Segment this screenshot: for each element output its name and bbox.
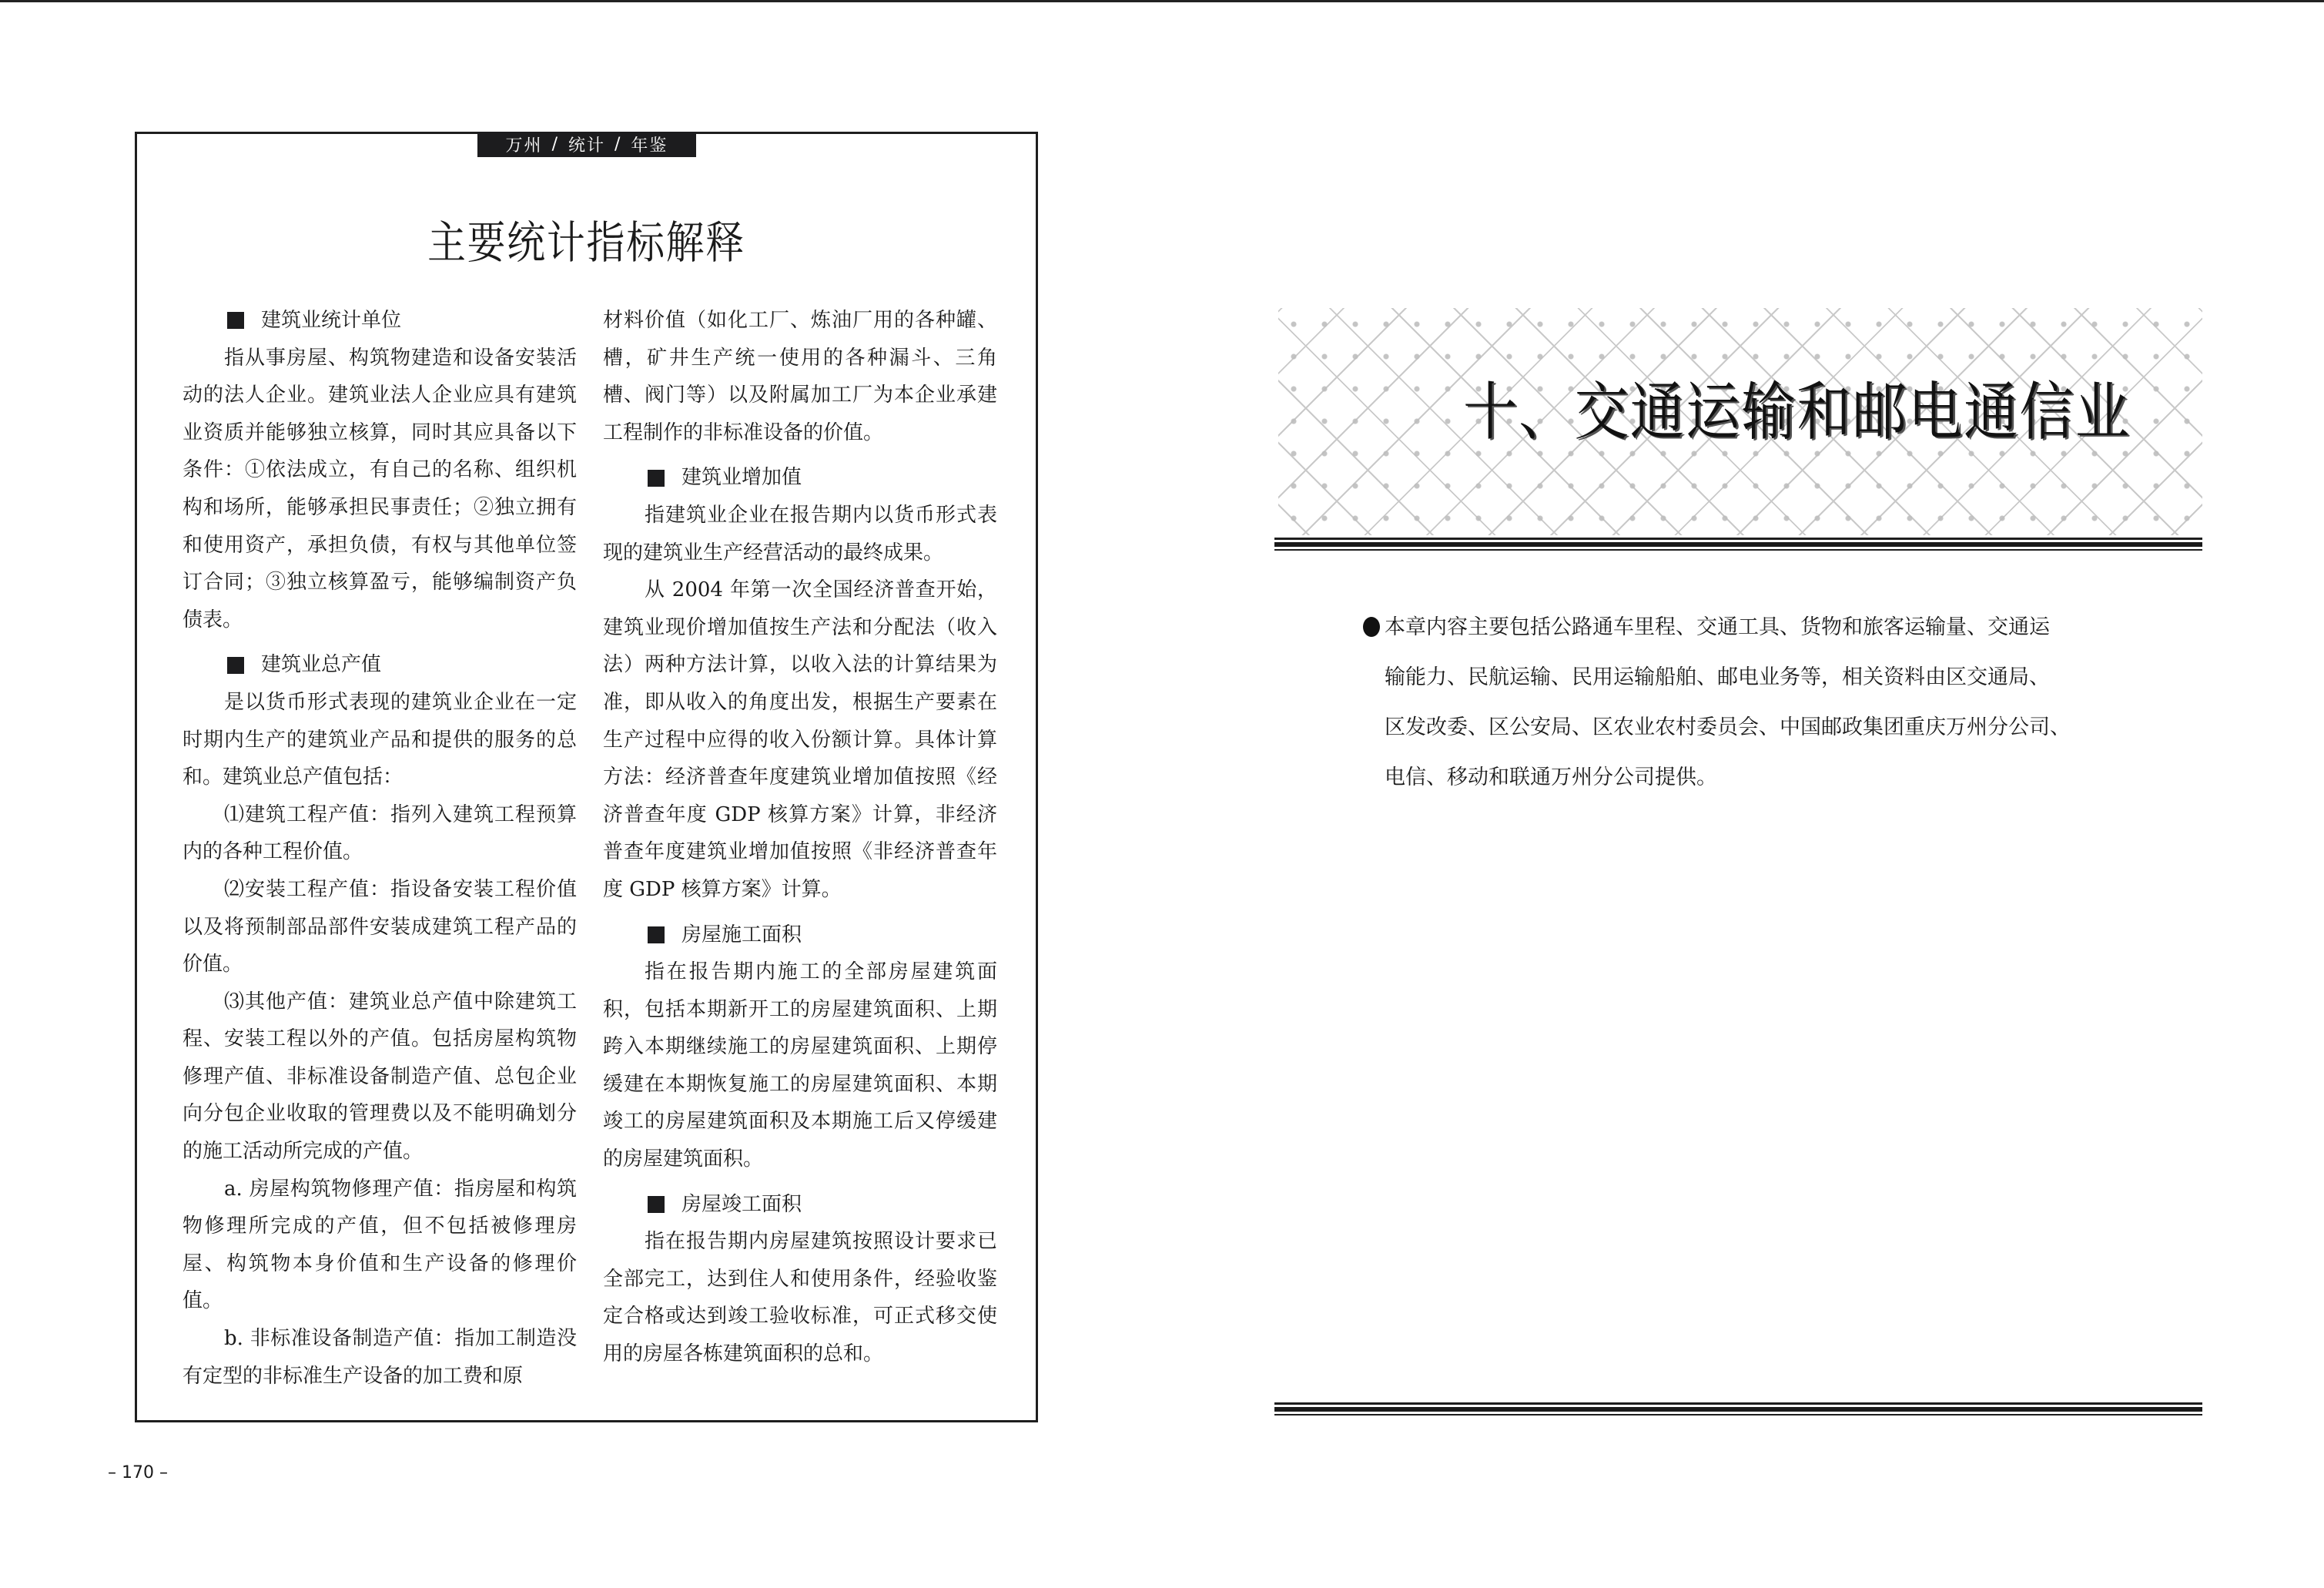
section-heading: 建筑业增加值 [603,459,997,497]
paragraph: a. 房屋构筑物修理产值：指房屋和构筑物修理所完成的产值，但不包括被修理房屋、构… [183,1171,577,1320]
square-bullet-icon [648,926,665,943]
intro-line: 输能力、民航运输、民用运输船舶、邮电业务等，相关资料由区交通局、 [1363,652,2133,702]
square-bullet-icon [227,312,244,329]
paragraph: 是以货币形式表现的建筑业企业在一定时期内生产的建筑业产品和提供的服务的总和。建筑… [183,684,577,796]
round-bullet-icon [1363,617,1380,637]
paragraph: b. 非标准设备制造产值：指加工制造没有定型的非标准生产设备的加工费和原 [183,1320,577,1395]
heading-text: 建筑业增加值 [681,459,802,497]
paragraph: ⑴建筑工程产值：指列入建筑工程预算内的各种工程价值。 [183,796,577,871]
tag-separator: / [614,135,621,154]
paragraph: ⑶其他产值：建筑业总产值中除建筑工程、安装工程以外的产值。包括房屋构筑物修理产值… [183,983,577,1171]
intro-line: 电信、移动和联通万州分公司提供。 [1363,752,2133,802]
header-divider-rule [1274,538,2202,551]
right-column: 材料价值（如化工厂、炼油厂用的各种罐、槽，矿井生产统一使用的各种漏斗、三角槽、阀… [603,302,997,1373]
heading-text: 建筑业总产值 [261,646,381,684]
footer-divider-rule [1274,1402,2202,1415]
paragraph: 指在报告期内房屋建筑按照设计要求已全部完工，达到住人和使用条件，经验收鉴定合格或… [603,1223,997,1372]
tag-part-statistics: 统计 [568,132,605,156]
heading-text: 房屋竣工面积 [681,1186,802,1224]
section-heading: 房屋施工面积 [603,916,997,954]
section-heading: 房屋竣工面积 [603,1186,997,1224]
chapter-title: 十、交通运输和邮电通信业 [1463,362,2059,452]
left-column: 建筑业统计单位 指从事房屋、构筑物建造和设备安装活动的法人企业。建筑业法人企业应… [183,302,577,1395]
chapter-intro: 本章内容主要包括公路通车里程、交通工具、货物和旅客运输量、交通运 输能力、民航运… [1363,602,2133,802]
heading-text: 房屋施工面积 [681,916,802,954]
page-number: – 170 – [108,1463,168,1482]
paragraph: 指建筑业企业在报告期内以货币形式表现的建筑业生产经营活动的最终成果。 [603,497,997,571]
top-border-line [0,0,2324,2]
paragraph: 材料价值（如化工厂、炼油厂用的各种罐、槽，矿井生产统一使用的各种漏斗、三角槽、阀… [603,302,997,451]
tag-part-yearbook: 年鉴 [631,132,668,156]
intro-text: 本章内容主要包括公路通车里程、交通工具、货物和旅客运输量、交通运 [1385,615,2050,639]
tag-part-city: 万州 [506,132,543,156]
intro-line: 本章内容主要包括公路通车里程、交通工具、货物和旅客运输量、交通运 [1363,602,2133,652]
yearbook-tag: 万州 / 统计 / 年鉴 [477,132,696,157]
square-bullet-icon [648,1196,665,1213]
square-bullet-icon [648,470,665,487]
section-heading: 建筑业统计单位 [183,302,577,340]
paragraph: 指在报告期内施工的全部房屋建筑面积，包括本期新开工的房屋建筑面积、上期跨入本期继… [603,953,997,1178]
paragraph: 指从事房屋、构筑物建造和设备安装活动的法人企业。建筑业法人企业应具有建筑业资质并… [183,340,577,639]
paragraph: ⑵安装工程产值：指设备安装工程价值以及将预制部品部件安装成建筑工程产品的价值。 [183,871,577,983]
heading-text: 建筑业统计单位 [261,302,401,340]
section-heading: 建筑业总产值 [183,646,577,684]
intro-line: 区发改委、区公安局、区农业农村委员会、中国邮政集团重庆万州分公司、 [1363,702,2133,752]
square-bullet-icon [227,657,244,674]
page-title: 主要统计指标解释 [198,206,975,271]
tag-separator: / [552,135,559,154]
paragraph: 从 2004 年第一次全国经济普查开始，建筑业现价增加值按生产法和分配法（收入法… [603,571,997,908]
